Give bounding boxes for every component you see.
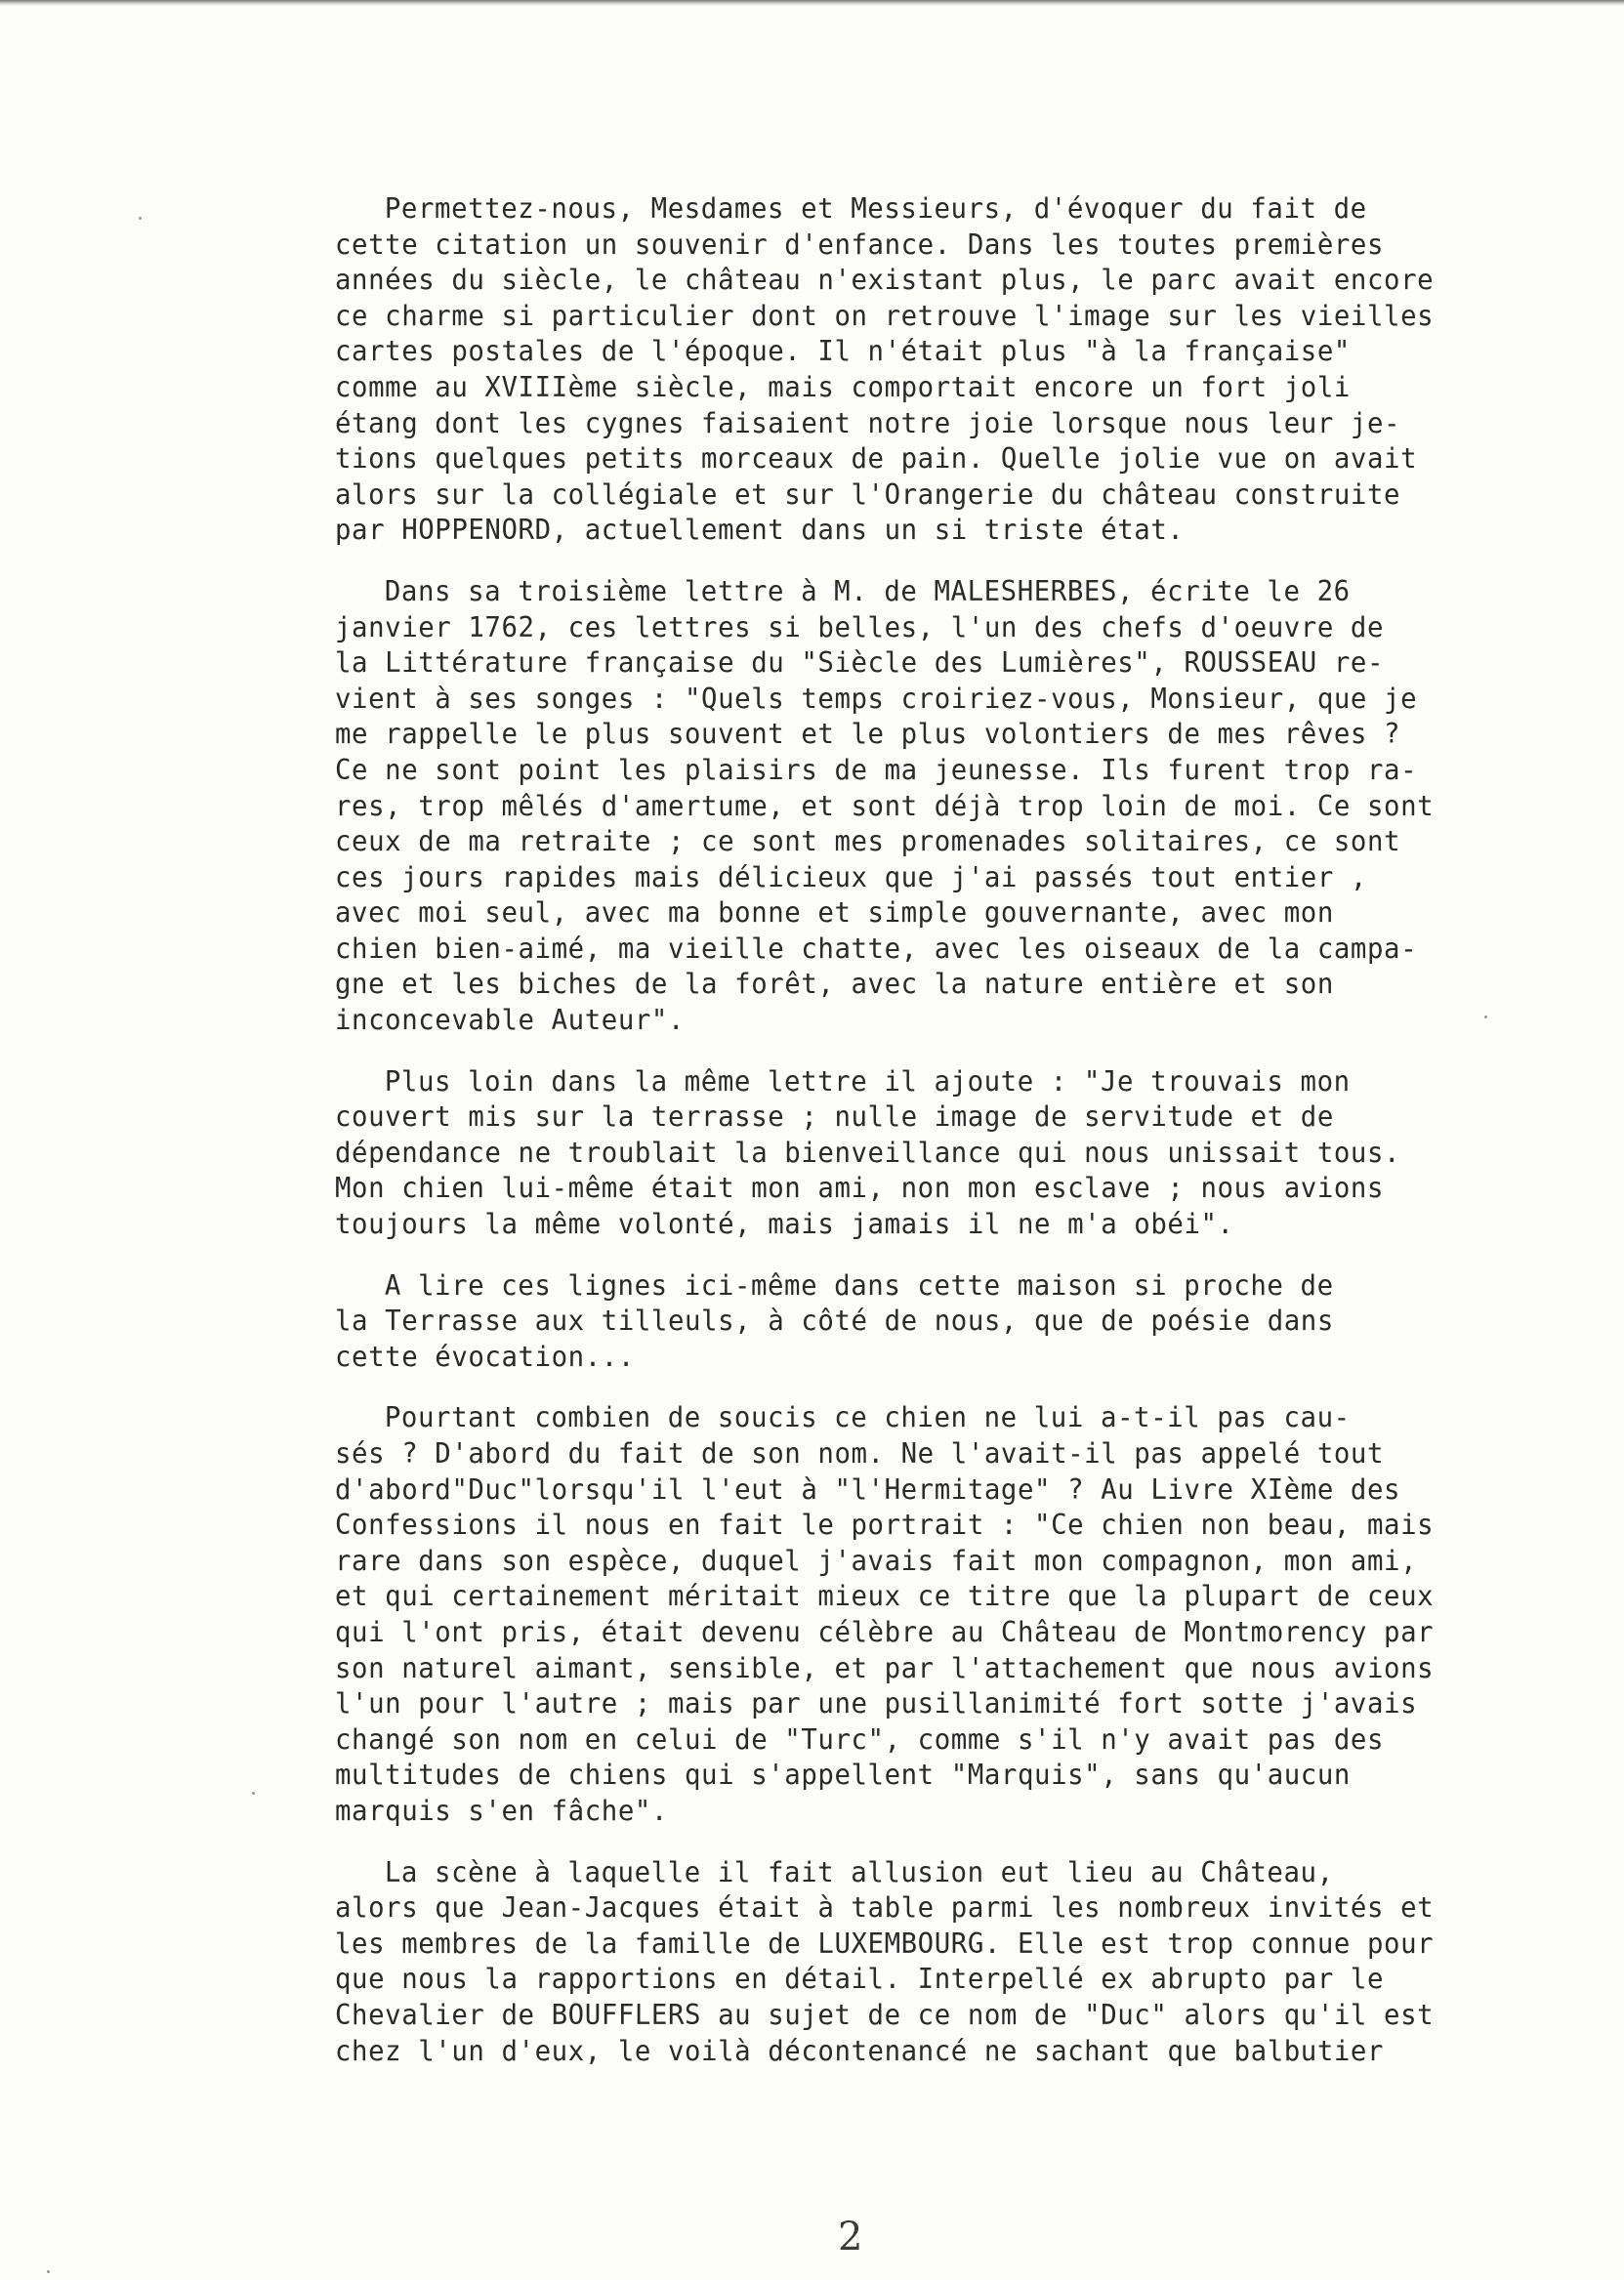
text-line: cette évocation... bbox=[335, 1340, 1535, 1376]
text-line: l'un pour l'autre ; mais par une pusilla… bbox=[335, 1686, 1535, 1722]
text-line: gne et les biches de la forêt, avec la n… bbox=[335, 967, 1535, 1003]
text-line: sés ? D'abord du fait de son nom. Ne l'a… bbox=[335, 1436, 1535, 1472]
text-line: La scène à laquelle il fait allusion eut… bbox=[335, 1855, 1535, 1891]
paragraph: La scène à laquelle il fait allusion eut… bbox=[335, 1855, 1585, 2070]
text-line: multitudes de chiens qui s'appellent "Ma… bbox=[335, 1758, 1535, 1794]
text-line: marquis s'en fâche". bbox=[335, 1794, 1535, 1830]
scan-speck bbox=[139, 217, 142, 220]
paragraph: Pourtant combien de soucis ce chien ne l… bbox=[335, 1400, 1585, 1829]
text-line: que nous la rapportions en détail. Inter… bbox=[335, 1962, 1535, 1998]
text-line: d'abord"Duc"lorsqu'il l'eut à "l'Hermita… bbox=[335, 1472, 1535, 1509]
text-line: janvier 1762, ces lettres si belles, l'u… bbox=[335, 610, 1535, 646]
text-line: couvert mis sur la terrasse ; nulle imag… bbox=[335, 1099, 1535, 1136]
text-line: alors que Jean-Jacques était à table par… bbox=[335, 1890, 1535, 1927]
text-line: cartes postales de l'époque. Il n'était … bbox=[335, 334, 1535, 370]
text-line: rare dans son espèce, duquel j'avais fai… bbox=[335, 1544, 1535, 1580]
text-line: avec moi seul, avec ma bonne et simple g… bbox=[335, 895, 1535, 932]
text-line: dépendance ne troublait la bienveillance… bbox=[335, 1136, 1535, 1172]
text-line: comme au XVIIIème siècle, mais comportai… bbox=[335, 370, 1535, 406]
paragraph: Plus loin dans la même lettre il ajoute … bbox=[335, 1064, 1585, 1243]
paragraph: Permettez-nous, Mesdames et Messieurs, d… bbox=[335, 191, 1585, 549]
text-line: chez l'un d'eux, le voilà décontenancé n… bbox=[335, 2034, 1535, 2070]
paragraph: Dans sa troisième lettre à M. de MALESHE… bbox=[335, 574, 1585, 1039]
text-line: ces jours rapides mais délicieux que j'a… bbox=[335, 860, 1535, 896]
page-number: 2 bbox=[838, 2215, 862, 2259]
text-line: changé son nom en celui de "Turc", comme… bbox=[335, 1722, 1535, 1759]
text-line: me rappelle le plus souvent et le plus v… bbox=[335, 717, 1535, 753]
text-line: cette citation un souvenir d'enfance. Da… bbox=[335, 228, 1535, 264]
text-line: Confessions il nous en fait le portrait … bbox=[335, 1508, 1535, 1544]
text-line: toujours la même volonté, mais jamais il… bbox=[335, 1207, 1535, 1243]
text-line: et qui certainement méritait mieux ce ti… bbox=[335, 1579, 1535, 1615]
body-text: Permettez-nous, Mesdames et Messieurs, d… bbox=[335, 191, 1585, 2069]
text-line: Pourtant combien de soucis ce chien ne l… bbox=[335, 1400, 1535, 1436]
text-line: alors sur la collégiale et sur l'Oranger… bbox=[335, 477, 1535, 514]
text-line: la Littérature française du "Siècle des … bbox=[335, 645, 1535, 682]
text-line: vient à ses songes : "Quels temps croiri… bbox=[335, 682, 1535, 718]
text-line: par HOPPENORD, actuellement dans un si t… bbox=[335, 513, 1535, 549]
text-line: étang dont les cygnes faisaient notre jo… bbox=[335, 406, 1535, 442]
text-line: tions quelques petits morceaux de pain. … bbox=[335, 441, 1535, 477]
paragraph: A lire ces lignes ici-même dans cette ma… bbox=[335, 1268, 1585, 1376]
text-line: années du siècle, le château n'existant … bbox=[335, 263, 1535, 299]
text-line: qui l'ont pris, était devenu célèbre au … bbox=[335, 1615, 1535, 1651]
scan-speck bbox=[47, 2270, 50, 2273]
text-line: les membres de la famille de LUXEMBOURG.… bbox=[335, 1927, 1535, 1963]
text-line: Plus loin dans la même lettre il ajoute … bbox=[335, 1064, 1535, 1100]
text-line: la Terrasse aux tilleuls, à côté de nous… bbox=[335, 1304, 1535, 1340]
scanned-page: Permettez-nous, Mesdames et Messieurs, d… bbox=[0, 0, 1624, 2280]
text-line: chien bien-aimé, ma vieille chatte, avec… bbox=[335, 932, 1535, 968]
text-line: son naturel aimant, sensible, et par l'a… bbox=[335, 1651, 1535, 1687]
text-line: A lire ces lignes ici-même dans cette ma… bbox=[335, 1268, 1535, 1305]
text-line: res, trop mêlés d'amertume, et sont déjà… bbox=[335, 789, 1535, 825]
text-line: Permettez-nous, Mesdames et Messieurs, d… bbox=[335, 191, 1535, 228]
scan-edge-shadow bbox=[0, 0, 1624, 6]
text-line: Dans sa troisième lettre à M. de MALESHE… bbox=[335, 574, 1535, 610]
text-line: ceux de ma retraite ; ce sont mes promen… bbox=[335, 824, 1535, 860]
text-line: Ce ne sont point les plaisirs de ma jeun… bbox=[335, 753, 1535, 789]
text-line: ce charme si particulier dont on retrouv… bbox=[335, 299, 1535, 335]
text-line: inconcevable Auteur". bbox=[335, 1003, 1535, 1039]
text-line: Mon chien lui-même était mon ami, non mo… bbox=[335, 1171, 1535, 1207]
scan-speck bbox=[252, 1792, 255, 1795]
text-line: Chevalier de BOUFFLERS au sujet de ce no… bbox=[335, 1998, 1535, 2034]
